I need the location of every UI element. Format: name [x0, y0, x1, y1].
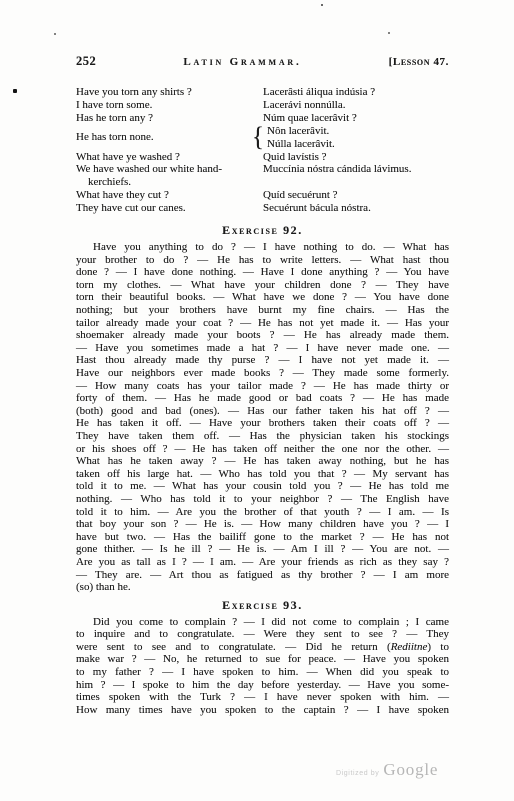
vocab-english-wrap: We have washed our white hand- kerchiefs… [76, 163, 263, 189]
text-line: torn their beautiful books. — What have … [76, 291, 449, 304]
vocab-english: I have torn some. [76, 99, 263, 112]
vocab-english-continuation: kerchiefs. [76, 176, 263, 189]
brace-glyph: { [252, 124, 264, 152]
text-line: Have our neighbors ever made books ? — T… [76, 367, 449, 380]
text-line: He has taken it off. — Have your brother… [76, 417, 449, 430]
vocab-latin: Lacerâsti áliqua indúsia ? [263, 86, 449, 99]
vocab-english: He has torn none. [76, 131, 263, 144]
text-line: How many times have you spoken to the ca… [76, 704, 449, 717]
text-line: tailor already made your coat ? — He has… [76, 317, 449, 330]
text-line: (so) than he. [76, 581, 449, 594]
text-line: Did you come to complain ? — I did not c… [76, 616, 449, 629]
vocab-english: Have you torn any shirts ? [76, 86, 263, 99]
header-title: Latin Grammar. [183, 56, 301, 69]
vocab-latin: Muccínia nóstra cándida lávimus. [263, 163, 449, 189]
text-line: torn my clothes. — What have your childr… [76, 279, 449, 292]
text-line: nothing. — Who has told it to your neigh… [76, 493, 449, 506]
text-segment: ) to [427, 641, 449, 653]
text-line: gone thither. — Is he ill ? — He is. — A… [76, 543, 449, 556]
text-line: make war ? — No, he returned to sue for … [76, 653, 449, 666]
text-line: your brother to do ? — He has to write l… [76, 254, 449, 267]
vocab-latin: Quíd secuérunt ? [263, 189, 449, 202]
text-line: What has he taken away ? — He has taken … [76, 455, 449, 468]
exercise-93-paragraph: Did you come to complain ? — I did not c… [76, 616, 449, 717]
vocab-english: What have ye washed ? [76, 151, 263, 164]
vocab-latin-alternatives: { Nôn lacerâvit. Núlla lacerâvit. [252, 125, 449, 151]
text-line: have but two. — Has the bailiff gone to … [76, 531, 449, 544]
vocab-latin-pair: Nôn lacerâvit. Núlla lacerâvit. [267, 125, 335, 151]
book-page-scan: 252 Latin Grammar. [Lesson 47. Have you … [0, 0, 514, 801]
vocab-latin: Quid lavístis ? [263, 151, 449, 164]
text-line: shoemaker already made your boots ? — He… [76, 329, 449, 342]
text-line-with-italic: were sent to see and to congratulate. — … [76, 641, 449, 654]
vocab-row: Have you torn any shirts ? Lacerâsti áli… [76, 86, 449, 99]
vocab-english: We have washed our white hand- [76, 163, 263, 176]
text-line: forty of them. — Has he made good or bad… [76, 392, 449, 405]
vocab-row: What have ye washed ? Quid lavístis ? [76, 151, 449, 164]
scan-speck [321, 4, 323, 6]
vocab-latin: Lacerávi nonnúlla. [263, 99, 449, 112]
google-logo-text: Google [383, 760, 438, 780]
page-content: 252 Latin Grammar. [Lesson 47. Have you … [76, 55, 449, 716]
text-line: Are you as tall as I ? — I am. — Are you… [76, 556, 449, 569]
text-segment: were sent to see and to congratulate. — … [76, 641, 391, 653]
vocab-latin: Secuérunt bácula nóstra. [263, 202, 449, 215]
exercise-92-paragraph: Have you anything to do ? — I have nothi… [76, 241, 449, 594]
google-watermark: Digitized by Google [336, 760, 438, 780]
text-line: to inquire and to congratulate. — Were t… [76, 628, 449, 641]
text-line: Hast thou already made thy purse ? — I h… [76, 354, 449, 367]
text-line: him ? — I spoke to him the day before ye… [76, 679, 449, 692]
vocab-row: He has torn none. { Nôn lacerâvit. Núlla… [76, 125, 449, 151]
text-line: Have you anything to do ? — I have nothi… [76, 241, 449, 254]
text-line: nothing; but your brothers have burnt my… [76, 304, 449, 317]
vocabulary-table: Have you torn any shirts ? Lacerâsti áli… [76, 86, 449, 215]
vocab-row: I have torn some. Lacerávi nonnúlla. [76, 99, 449, 112]
text-line: taken off his large hat. — Who has told … [76, 468, 449, 481]
vocab-latin: Núm quae lacerâvit ? [263, 112, 449, 125]
text-line: told it to me. — What has your cousin to… [76, 480, 449, 493]
text-line: (both) good and bad (ones). — Has our fa… [76, 405, 449, 418]
vocab-english: They have cut our canes. [76, 202, 263, 215]
running-header: 252 Latin Grammar. [Lesson 47. [76, 55, 449, 69]
digitized-by-label: Digitized by [336, 770, 379, 777]
vocab-latin: Núlla lacerâvit. [267, 138, 335, 151]
text-line: or his shoes off ? — He has taken off ne… [76, 443, 449, 456]
scan-speck [54, 33, 56, 35]
page-number: 252 [76, 55, 96, 68]
vocab-english: What have they cut ? [76, 189, 263, 202]
text-line: They have taken them off. — Has the phys… [76, 430, 449, 443]
vocab-english: Has he torn any ? [76, 112, 263, 125]
vocab-row: We have washed our white hand- kerchiefs… [76, 163, 449, 189]
text-line: — How many coats has your tailor made ? … [76, 380, 449, 393]
vocab-row: They have cut our canes. Secuérunt bácul… [76, 202, 449, 215]
vocab-latin: Nôn lacerâvit. [267, 125, 335, 138]
vocab-row: What have they cut ? Quíd secuérunt ? [76, 189, 449, 202]
text-line: — They are. — Art thou as fatigued as th… [76, 569, 449, 582]
text-line: — Have you sometimes made a hat ? — I ha… [76, 342, 449, 355]
exercise-93-heading: Exercise 93. [76, 598, 449, 612]
text-line: times spoken with the Turk ? — I have ne… [76, 691, 449, 704]
italic-latin-word: Rediitne [391, 641, 428, 653]
text-line: to my father ? — I have spoken to him. —… [76, 666, 449, 679]
text-line: told it to him. — Are you the brother of… [76, 506, 449, 519]
text-line: that boy your son ? — He is. — How many … [76, 518, 449, 531]
scan-speck [13, 89, 17, 93]
exercise-92-heading: Exercise 92. [76, 223, 449, 237]
text-line: done ? — I have done nothing. — Have I d… [76, 266, 449, 279]
scan-speck [388, 32, 390, 34]
header-lesson-label: [Lesson 47. [389, 56, 449, 69]
